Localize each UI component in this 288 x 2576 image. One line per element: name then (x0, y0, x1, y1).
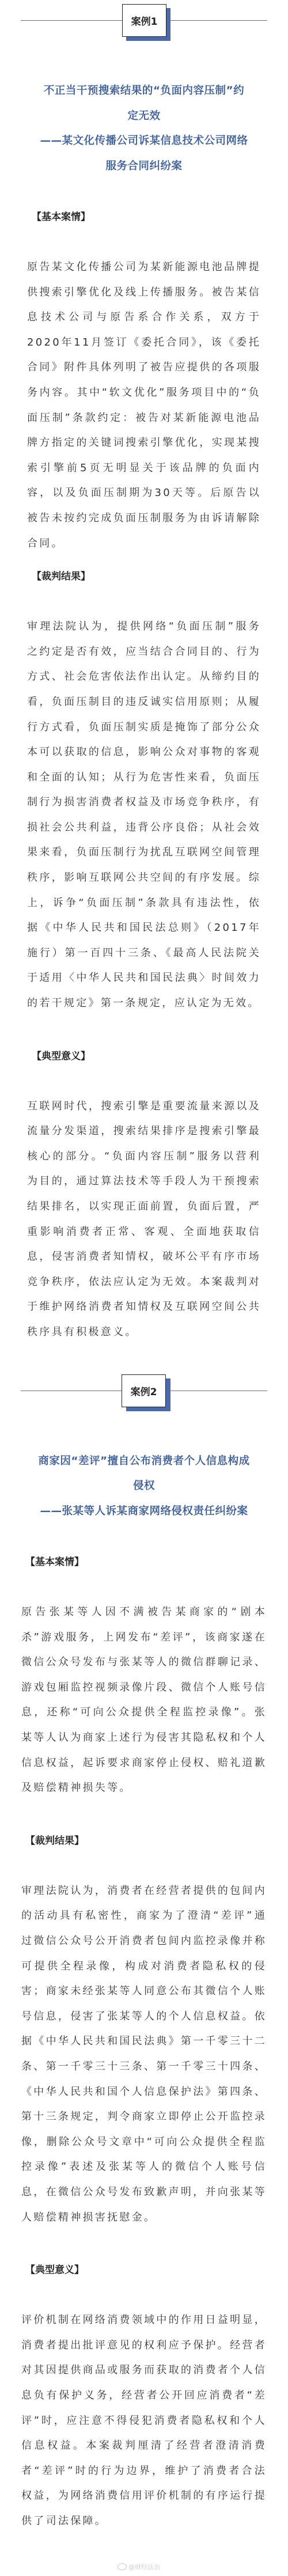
section-body-judgment: 审理法院认为，提供网络“负面压制”服务之约定是否有效，应当结合合同目的、行为方式… (0, 614, 288, 1016)
section-body-basic-facts: 原告某文化传播公司为某新能源电池品牌提供搜索引擎优化及线上传播服务。被告某信息技… (0, 255, 288, 556)
section-body-significance: 评价机制在网络消费领域中的作用日益明显，消费者提出批评意见的权利应予保护。经营者… (0, 2308, 288, 2533)
weibo-icon (118, 2563, 127, 2570)
case-title: 商家因“差评”擅自公布消费者个人信息构成 侵权 ——张某等人诉某商家网络侵权责任… (0, 1449, 288, 1524)
case-badge: 案例1 (122, 4, 166, 37)
section-body-basic-facts: 原告张某等人因不满被告某商家的“剧本杀”游戏服务，上网发布“差评”，该商家遂在微… (0, 1600, 288, 1801)
section-body-judgment: 审理法院认为，消费者在经营者提供的包间内的活动具有私密性，商家为了澄清“差评”通… (0, 1878, 288, 2230)
case-title-line: 侵权 (21, 1473, 267, 1499)
case-1: 案例1 不正当干预搜索结果的“负面内容压制”约 定无效 ——某文化传播公司诉某信… (0, 0, 288, 1345)
case-badge-row: 案例1 (0, 0, 288, 40)
case-title-line: 不正当干预搜索结果的“负面内容压制”约 (25, 78, 263, 104)
section-header-significance: 【典型意义】 (0, 2261, 288, 2279)
watermark: @财经法治 (118, 2562, 160, 2571)
section-header-basic-facts: 【基本案情】 (0, 1554, 288, 1571)
section-body-significance: 互联网时代，搜索引擎是重要流量来源以及流量分发渠道，搜索结果排序是搜索引擎最核心… (0, 1094, 288, 1345)
case-badge-row: 案例2 (0, 1370, 288, 1411)
section-header-basic-facts: 【基本案情】 (0, 209, 288, 226)
case-title: 不正当干预搜索结果的“负面内容压制”约 定无效 ——某文化传播公司诉某信息技术公… (0, 78, 288, 179)
watermark-text: @财经法治 (128, 2562, 160, 2571)
article: 案例1 不正当干预搜索结果的“负面内容压制”约 定无效 ——某文化传播公司诉某信… (0, 0, 288, 2551)
case-subtitle-line: ——张某等人诉某商家网络侵权责任纠纷案 (21, 1499, 267, 1524)
case-subtitle-line: 服务合同纠纷案 (25, 154, 263, 179)
section-header-judgment: 【裁判结果】 (0, 1832, 288, 1850)
case-title-line: 商家因“差评”擅自公布消费者个人信息构成 (21, 1449, 267, 1474)
section-header-significance: 【典型意义】 (0, 1048, 288, 1065)
case-subtitle-line: ——某文化传播公司诉某信息技术公司网络 (25, 128, 263, 154)
case-2: 案例2 商家因“差评”擅自公布消费者个人信息构成 侵权 ——张某等人诉某商家网络… (0, 1345, 288, 2551)
case-title-line: 定无效 (25, 104, 263, 129)
case-badge: 案例2 (122, 1374, 166, 1407)
section-header-judgment: 【裁判结果】 (0, 568, 288, 585)
